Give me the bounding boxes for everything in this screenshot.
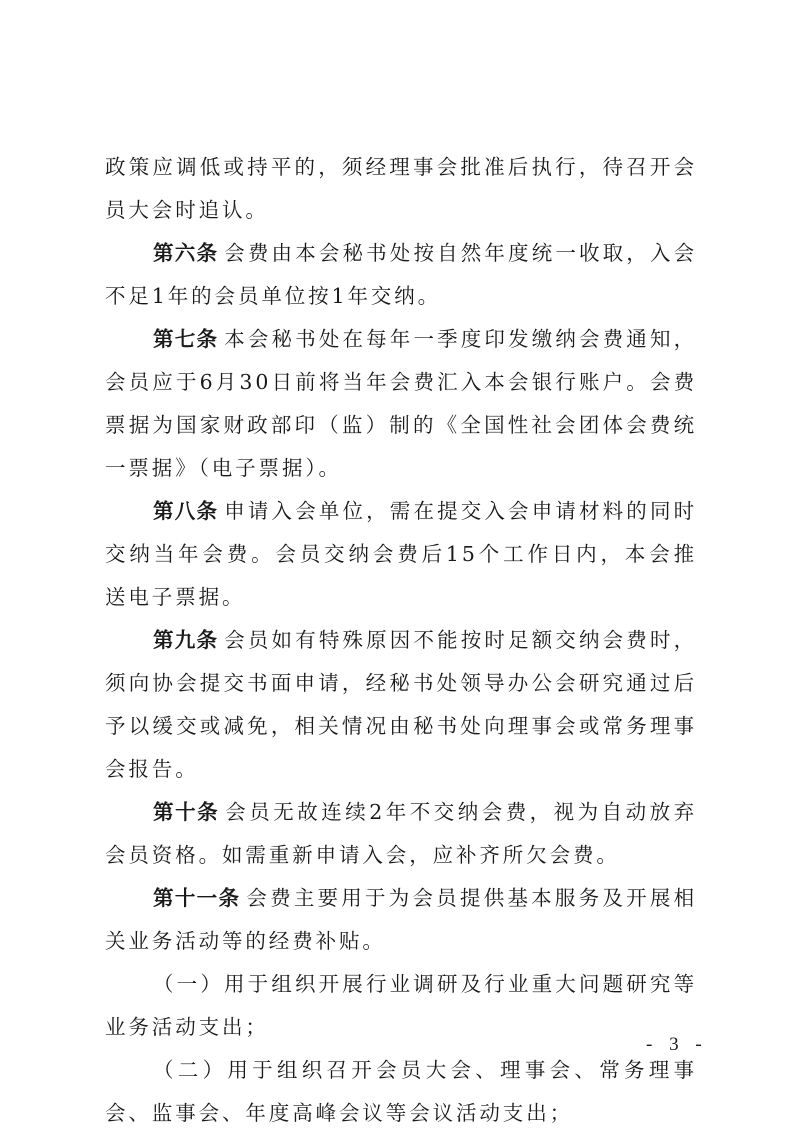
article-heading: 第十一条	[153, 886, 240, 910]
page-number: - 3 -	[646, 1034, 708, 1056]
article-heading: 第八条	[153, 499, 218, 523]
article-6: 第六条会费由本会秘书处按自然年度统一收取，入会不足1年的会员单位按1年交纳。	[105, 232, 697, 318]
article-8: 第八条申请入会单位，需在提交入会申请材料的同时交纳当年会费。会员交纳会费后15个…	[105, 490, 697, 619]
article-heading: 第六条	[153, 241, 218, 265]
sub-item-2: （二）用于组织召开会员大会、理事会、常务理事会、监事会、年度高峰会议等会议活动支…	[105, 1049, 697, 1131]
article-heading: 第九条	[153, 628, 218, 652]
article-7: 第七条本会秘书处在每年一季度印发缴纳会费通知，会员应于6月30日前将当年会费汇入…	[105, 318, 697, 490]
paragraph-text: （一）用于组织开展行业调研及行业重大问题研究等业务活动支出；	[105, 972, 697, 1039]
paragraph-text: （二）用于组织召开会员大会、理事会、常务理事会、监事会、年度高峰会议等会议活动支…	[105, 1058, 697, 1125]
article-heading: 第七条	[153, 327, 218, 351]
paragraph-continued: 政策应调低或持平的，须经理事会批准后执行，待召开会员大会时追认。	[105, 146, 697, 232]
article-11: 第十一条会费主要用于为会员提供基本服务及开展相关业务活动等的经费补贴。	[105, 877, 697, 963]
paragraph-text: 政策应调低或持平的，须经理事会批准后执行，待召开会员大会时追认。	[105, 155, 697, 222]
sub-item-1: （一）用于组织开展行业调研及行业重大问题研究等业务活动支出；	[105, 963, 697, 1049]
article-9: 第九条会员如有特殊原因不能按时足额交纳会费时，须向协会提交书面申请，经秘书处领导…	[105, 619, 697, 791]
article-10: 第十条会员无故连续2年不交纳会费，视为自动放弃会员资格。如需重新申请入会，应补齐…	[105, 791, 697, 877]
document-page: 政策应调低或持平的，须经理事会批准后执行，待召开会员大会时追认。 第六条会费由本…	[105, 146, 697, 1131]
article-heading: 第十条	[153, 800, 219, 824]
